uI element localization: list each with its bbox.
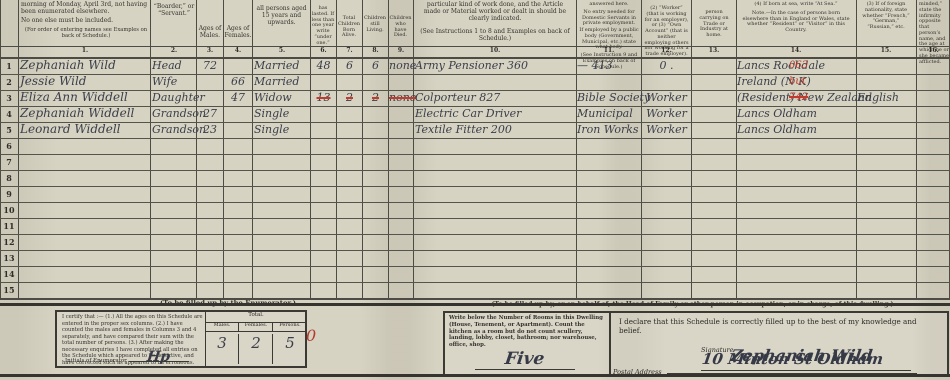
column-header-boarder: “Boarder,” or “Servant.” bbox=[153, 4, 195, 18]
cell-no: 2 bbox=[0, 74, 18, 90]
males-label: Males. bbox=[206, 322, 238, 332]
occupation-note-2: (See Instructions 1 to 8 and Examples on… bbox=[418, 29, 572, 43]
cell-no: 1 bbox=[0, 58, 18, 74]
cell-worker: Worker bbox=[642, 90, 691, 106]
declaration-text: I declare that this Schedule is correctl… bbox=[619, 317, 941, 335]
cell-marital: Married bbox=[254, 58, 310, 74]
cell-children-born: 6 bbox=[337, 58, 362, 74]
industry-note-0: answered here. bbox=[579, 2, 639, 8]
cell-occupation: Army Pensioner 360 bbox=[415, 58, 575, 74]
females-total: 2 bbox=[238, 334, 273, 364]
females-label: Females. bbox=[238, 322, 273, 332]
cell-marital: Single bbox=[254, 106, 310, 122]
cell-name: Leonard Widdell bbox=[20, 122, 150, 138]
cell-industry: Bible Society bbox=[577, 90, 641, 106]
cell-no: 7 bbox=[0, 154, 18, 170]
grid-line bbox=[0, 266, 950, 267]
persons-total: 5 bbox=[272, 334, 307, 364]
column-number: 9. bbox=[387, 47, 415, 54]
cell-age-f: 66 bbox=[224, 74, 252, 90]
column-header-ages-females: Ages of Females. bbox=[224, 26, 252, 40]
grid-line bbox=[223, 0, 224, 298]
totals-table: Total. Males. Females. Persons. 3 2 5 bbox=[205, 312, 306, 366]
cell-no: 4 bbox=[0, 106, 18, 122]
column-number: 15. bbox=[855, 47, 917, 54]
cell-birthplace: Lancs Oldham bbox=[737, 122, 855, 138]
column-header-years-married: has lasted. If less than one year write … bbox=[311, 6, 335, 46]
cell-no: 5 bbox=[0, 122, 18, 138]
certify-intro: I certify that :— bbox=[62, 314, 104, 320]
cell-children-born: 2 bbox=[337, 90, 362, 106]
grid-line bbox=[362, 0, 363, 298]
column-number: 6. bbox=[309, 47, 338, 54]
cell-years-married: 48 bbox=[311, 58, 336, 74]
grid-line bbox=[18, 0, 19, 298]
grid-line bbox=[736, 0, 737, 298]
column-number: 3. bbox=[195, 47, 225, 54]
schedule-note-3: (For order of entering names see Example… bbox=[21, 28, 151, 40]
cell-name: Zephaniah Widdell bbox=[20, 106, 150, 122]
cell-occupation: Textile Fitter 200 bbox=[415, 122, 575, 138]
column-header-children-living: Children still Living. bbox=[363, 16, 387, 33]
column-number: 8. bbox=[361, 47, 390, 54]
cell-relation: Wife bbox=[152, 74, 196, 90]
grid-line bbox=[0, 234, 950, 235]
column-header-birthplace: (4) If born at sea, write “At Sea.” Note… bbox=[740, 2, 852, 34]
cell-industry: Municipal bbox=[577, 106, 641, 122]
initials-label: Initials of Enumerator bbox=[65, 358, 127, 364]
cell-age-m: 27 bbox=[197, 106, 223, 122]
cell-worker: Worker bbox=[642, 122, 691, 138]
column-header-children-born: Total Children Born Alive. bbox=[337, 16, 361, 39]
cell-industry: Iron Works bbox=[577, 122, 641, 138]
cell-relation: Grandson bbox=[152, 122, 196, 138]
occupation-note-1: particular kind of work done, and the Ar… bbox=[418, 2, 572, 23]
column-number: 5. bbox=[252, 47, 312, 54]
cell-no: 3 bbox=[0, 90, 18, 106]
grid-line bbox=[856, 0, 857, 298]
column-header-marriage: all persons aged 15 years and upwards. bbox=[254, 6, 309, 27]
industry-note-1: No entry needed for Domestic Servants in… bbox=[579, 10, 639, 27]
cell-age-m: 23 bbox=[197, 122, 223, 138]
grid-line bbox=[0, 282, 950, 283]
grid-line bbox=[0, 303, 950, 306]
red-ink-annotation: 742 bbox=[789, 90, 834, 106]
grid-line bbox=[916, 0, 917, 298]
cell-children-living: 2 bbox=[363, 90, 388, 106]
cell-marital: Widow bbox=[254, 90, 310, 106]
declaration-panel: I declare that this Schedule is correctl… bbox=[611, 313, 947, 374]
column-header-children-died: Children who have Died. bbox=[389, 16, 412, 39]
householder-box: Write below the Number of Rooms in this … bbox=[443, 311, 949, 376]
rooms-answer-line: Five bbox=[475, 349, 575, 370]
red-ink-annotation: but bbox=[789, 74, 834, 90]
grid-line bbox=[0, 154, 950, 155]
rooms-value-handwriting: Five bbox=[504, 349, 546, 369]
cell-nationality: English bbox=[857, 90, 915, 106]
address-handwriting: 10 Minton St Oldham bbox=[700, 350, 884, 368]
column-header-nationality: (3) If of foreign nationality, state whe… bbox=[859, 2, 913, 31]
grid-line bbox=[691, 0, 692, 298]
cell-no: 11 bbox=[0, 218, 18, 234]
grid-line bbox=[150, 0, 151, 298]
cell-no: 14 bbox=[0, 266, 18, 282]
enumerator-initials-signature: Hp bbox=[145, 349, 170, 365]
birthplace-note-2: Note.—In the case of persons born elsewh… bbox=[740, 11, 852, 34]
column-number: 11. bbox=[575, 47, 643, 54]
cell-children-died: none bbox=[389, 90, 413, 106]
cell-years-married: 13 bbox=[311, 90, 336, 106]
grid-line bbox=[336, 0, 337, 298]
grid-line bbox=[388, 0, 389, 298]
schedule-note-1: morning of Monday, April 3rd, not having… bbox=[21, 2, 151, 16]
cell-no: 13 bbox=[0, 250, 18, 266]
grid-line bbox=[310, 0, 311, 298]
red-zero-annotation: 0 bbox=[306, 326, 316, 345]
column-number: 4. bbox=[222, 47, 254, 54]
enumerator-box: I certify that :— (1.) All the ages on t… bbox=[55, 310, 307, 368]
cell-relation: Daughter bbox=[152, 90, 196, 106]
column-header-names: morning of Monday, April 3rd, not having… bbox=[21, 2, 151, 40]
cell-worker: Worker bbox=[642, 106, 691, 122]
schedule-note-2: No one else must be included. bbox=[21, 18, 151, 25]
cell-marital: Married bbox=[254, 74, 310, 90]
cell-children-died: none bbox=[389, 58, 413, 74]
enumerator-initials-row: Initials of Enumerator Hp bbox=[65, 358, 189, 364]
column-number: 12. bbox=[640, 47, 693, 54]
cell-occupation: Electric Car Driver bbox=[415, 106, 575, 122]
column-number: 13. bbox=[690, 47, 738, 54]
rooms-panel: Write below the Number of Rooms in this … bbox=[445, 313, 611, 374]
column-header-at-home: person carrying on Trade or Industry at … bbox=[694, 10, 734, 39]
grid-line bbox=[0, 170, 950, 171]
cell-no: 6 bbox=[0, 138, 18, 154]
cell-children-living: 6 bbox=[363, 58, 388, 74]
persons-label: Persons. bbox=[272, 322, 307, 332]
cell-name: Jessie Wild bbox=[20, 74, 150, 90]
column-number: 7. bbox=[335, 47, 364, 54]
cell-name: Zephaniah Wild bbox=[20, 58, 150, 74]
red-ink-annotation: 063 bbox=[789, 58, 834, 74]
column-number: 16. bbox=[915, 47, 950, 54]
cell-age-f: 47 bbox=[224, 90, 252, 106]
cell-age-m: 72 bbox=[197, 58, 223, 74]
grid-line bbox=[196, 0, 197, 298]
cell-occupation: Colporteur 827 bbox=[415, 90, 575, 106]
cell-no: 12 bbox=[0, 234, 18, 250]
cell-marital: Single bbox=[254, 122, 310, 138]
cell-relation: Head bbox=[152, 58, 196, 74]
grid-line bbox=[641, 0, 642, 298]
column-header-infirmity: minded,” state the infirmity opposite th… bbox=[919, 2, 949, 65]
grid-line bbox=[413, 0, 414, 298]
grid-line bbox=[0, 186, 950, 187]
grid-line bbox=[0, 374, 950, 377]
birthplace-note-1: (4) If born at sea, write “At Sea.” bbox=[740, 2, 852, 8]
cell-no: 10 bbox=[0, 202, 18, 218]
column-header-ages-males: Ages of Males. bbox=[197, 26, 223, 40]
cell-worker: 0 . bbox=[642, 58, 691, 74]
cell-relation: Grandson bbox=[152, 106, 196, 122]
column-number: 2. bbox=[150, 47, 198, 54]
column-number: 14. bbox=[735, 47, 857, 54]
grid-line bbox=[0, 218, 950, 219]
grid-line bbox=[0, 138, 950, 139]
column-number: 1. bbox=[18, 47, 152, 54]
grid-line bbox=[0, 250, 950, 251]
cell-no: 15 bbox=[0, 282, 18, 298]
cell-name: Eliza Ann Widdell bbox=[20, 90, 150, 106]
cell-no: 8 bbox=[0, 170, 18, 186]
grid-line bbox=[0, 298, 950, 300]
cell-industry: — 413 bbox=[577, 58, 641, 74]
males-total: 3 bbox=[206, 334, 238, 352]
grid-line bbox=[252, 0, 253, 298]
grid-line bbox=[0, 202, 950, 203]
column-header-occupation: particular kind of work done, and the Ar… bbox=[418, 2, 572, 42]
census-schedule-sheet: morning of Monday, April 3rd, not having… bbox=[0, 0, 950, 380]
grid-line bbox=[576, 0, 577, 298]
rooms-instruction: Write below the Number of Rooms in this … bbox=[449, 315, 604, 349]
column-number: 10. bbox=[413, 47, 577, 54]
cell-birthplace: Lancs Oldham bbox=[737, 106, 855, 122]
cell-no: 9 bbox=[0, 186, 18, 202]
